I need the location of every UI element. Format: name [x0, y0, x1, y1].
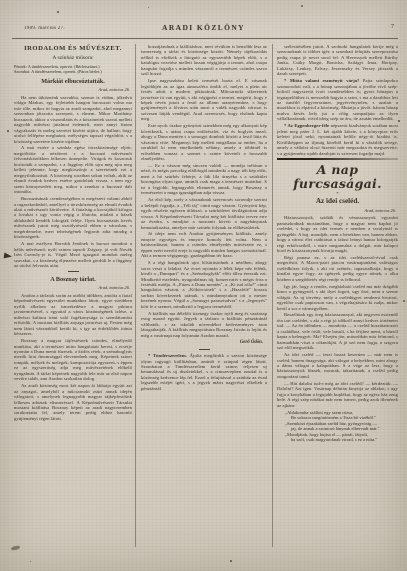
body-paragraph: hozzájárulnak a kiállitáshoz, mert révük…	[141, 44, 267, 77]
body-paragraph: Régi panasz ez, s az idei cselédszerző-é…	[277, 255, 398, 282]
body-paragraph: A mai estélyen Horváth Jenőnek is bucsut…	[14, 241, 132, 268]
article-signature: Gerő Ödön.	[141, 340, 263, 346]
margin-arrow-artifact	[4, 252, 13, 259]
body-paragraph: Az első kép, mely a vásznaknak szerencsé…	[141, 197, 267, 230]
column-rule-1	[135, 44, 136, 547]
body-paragraph: Ha nem ütköznénk szavakba, szemre is vid…	[14, 95, 132, 144]
dateline: Arad, március 26.	[277, 208, 396, 214]
theatre-programme-heading: A színház műsora:	[14, 55, 132, 62]
column-middle: hozzájárulnak a kiállitáshoz, mert révük…	[141, 44, 267, 547]
dateline: Arad, március 26.	[14, 285, 130, 291]
body-paragraph: Az idei cseléd — teszi hozzá keserüen — …	[277, 352, 398, 379]
newspaper-page: 1909. március 27. ARADI KÖZLÖNY 7 IRODAL…	[0, 0, 407, 571]
body-paragraph: Az aradi közönség most két napon át láth…	[14, 383, 132, 421]
scan-speck	[403, 300, 405, 302]
scan-speck	[7, 130, 9, 132]
section-divider	[68, 271, 79, 272]
column-right: szélesitésében jutott. A szolnoki hangul…	[277, 44, 398, 547]
body-paragraph: * Mióta valami eszményit várja? Pajta sz…	[277, 78, 398, 122]
section-heading-irodalom: IRODALOM ÉS MŰVÉSZET.	[14, 45, 132, 53]
verse-line: ha szól, csak magyaroknak virrad, s ez a…	[291, 437, 398, 443]
article-heading-bosznay: A Bosznay tárlat.	[14, 276, 132, 284]
body-paragraph: * Az Eggenberger-féle népszerü kiadványo…	[277, 123, 398, 156]
newspaper-title: ARADI KÖZLÖNY	[0, 23, 407, 32]
body-paragraph: Igy jár, hogy a rendes, megbizható cselé…	[277, 284, 398, 311]
theatre-schedule-line: Szombat: A tündérszerelem, operett. (Pár…	[14, 69, 132, 74]
section-rule-bar	[277, 158, 398, 160]
body-paragraph: — Hát dalolni tud-e még az idei cseléd? …	[277, 381, 398, 408]
article-heading-markiat: Márkiát elbucsúztatták.	[14, 78, 132, 86]
body-paragraph: Jó ideje nem volt Aradon gyüjteményes ki…	[141, 231, 267, 258]
body-paragraph: Beszéltünk egy öreg háziasszonnyal, aki …	[277, 312, 398, 350]
scan-speck	[398, 120, 400, 122]
scan-speck	[57, 11, 59, 13]
dateline: Arad, március 26.	[14, 87, 130, 93]
section-divider	[199, 349, 210, 350]
scan-speck	[148, 7, 149, 8]
body-paragraph: S a régi hangulatok ujra fölsürüsödnek a…	[141, 260, 267, 309]
body-paragraph: Háziasszonyok, szidták és vénasszonyok e…	[277, 215, 398, 253]
body-paragraph: Aradon a tárlatok során az utóbbi időkbe…	[14, 293, 132, 337]
body-paragraph: Ipse nagyszabásu keleti termését hozta e…	[141, 78, 267, 122]
body-paragraph: Este nyolc órakor gyönyörü szinekben még…	[141, 123, 267, 161]
body-paragraph: — Ez a vászon még sincsen valódi — mondj…	[141, 163, 267, 196]
column-rule-2	[272, 44, 273, 547]
scan-speck	[30, 561, 31, 562]
feature-subheading-cseled: Az idei cseléd.	[277, 197, 398, 206]
scan-smudge	[11, 545, 21, 551]
body-paragraph: szélesitésében jutott. A szolnoki hangul…	[277, 44, 398, 77]
body-paragraph: * Tündérszerelem. Ájulta megfürdik a sze…	[141, 353, 267, 391]
body-paragraph: A kiállitás ma délelőtt tizenegy órakor …	[141, 311, 267, 338]
heading-ornament: *	[277, 191, 398, 196]
body-paragraph: Bosznay a magyar tájfestésnek csöndes, e…	[14, 338, 132, 382]
scan-speck	[230, 560, 232, 562]
feature-heading-furcsasagok: A nap furcsaságai.	[277, 163, 398, 191]
body-paragraph: Bucsuzásának csendességében is megérzett…	[14, 196, 132, 240]
page-number: 7	[391, 24, 394, 30]
column-left: IRODALOM ÉS MŰVÉSZET.A színház műsora:Pé…	[14, 44, 132, 547]
scan-speck	[301, 5, 303, 7]
header-rule	[12, 38, 398, 39]
body-paragraph: A mai estére a szinház egész törzsközöns…	[14, 145, 132, 194]
